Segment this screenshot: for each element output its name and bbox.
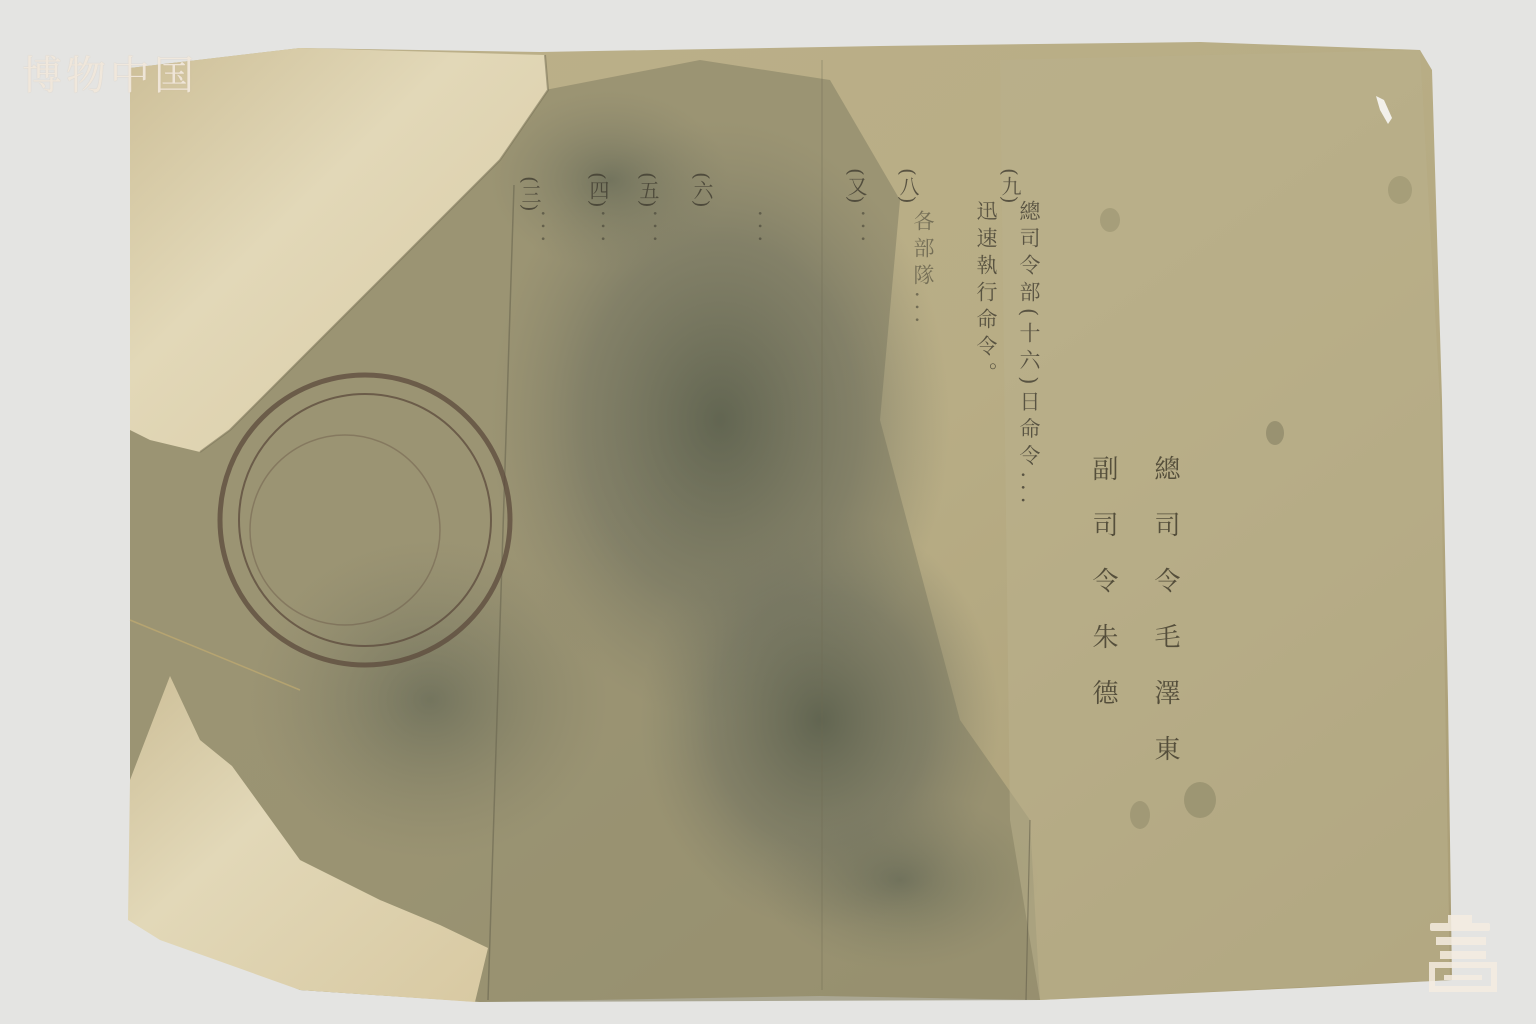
section-marker-8: (八): [898, 168, 918, 204]
signature-title-2: 副司令: [1088, 455, 1118, 623]
column-text-7: ...: [858, 210, 879, 248]
signature-line-2: 副司令朱德: [1090, 455, 1116, 735]
column-text-continue: 迅速執行命令。: [975, 200, 996, 389]
section-marker-6: (六): [692, 172, 712, 208]
signature-name-1: 毛澤東: [1150, 623, 1180, 791]
signature-line-1: 總司令毛澤東: [1152, 455, 1178, 791]
signature-name-2: 朱德: [1088, 623, 1118, 735]
museum-logo-icon: [1418, 915, 1508, 995]
section-marker-7: (又): [846, 168, 866, 204]
paper-sheet: [0, 0, 1536, 1024]
section-marker-4: (四): [588, 172, 608, 208]
section-marker-9: (九): [1000, 168, 1020, 204]
column-text-8: 各部隊...: [912, 210, 933, 329]
signature-title-1: 總司令: [1150, 455, 1180, 623]
section-marker-5: (五): [638, 172, 658, 208]
document-photo: (九) 總司令部(十六)日命令... 迅速執行命令。 (八) 各部隊... (又…: [0, 0, 1536, 1024]
section-marker-3: (三): [520, 176, 540, 212]
column-text-4: ...: [598, 210, 619, 248]
column-text-9: 總司令部(十六)日命令...: [1018, 200, 1039, 509]
column-text-3: ...: [538, 210, 559, 248]
watermark-text: 博物中国: [22, 44, 198, 101]
column-text-5: ...: [650, 210, 671, 248]
column-text-6: ...: [755, 210, 776, 248]
